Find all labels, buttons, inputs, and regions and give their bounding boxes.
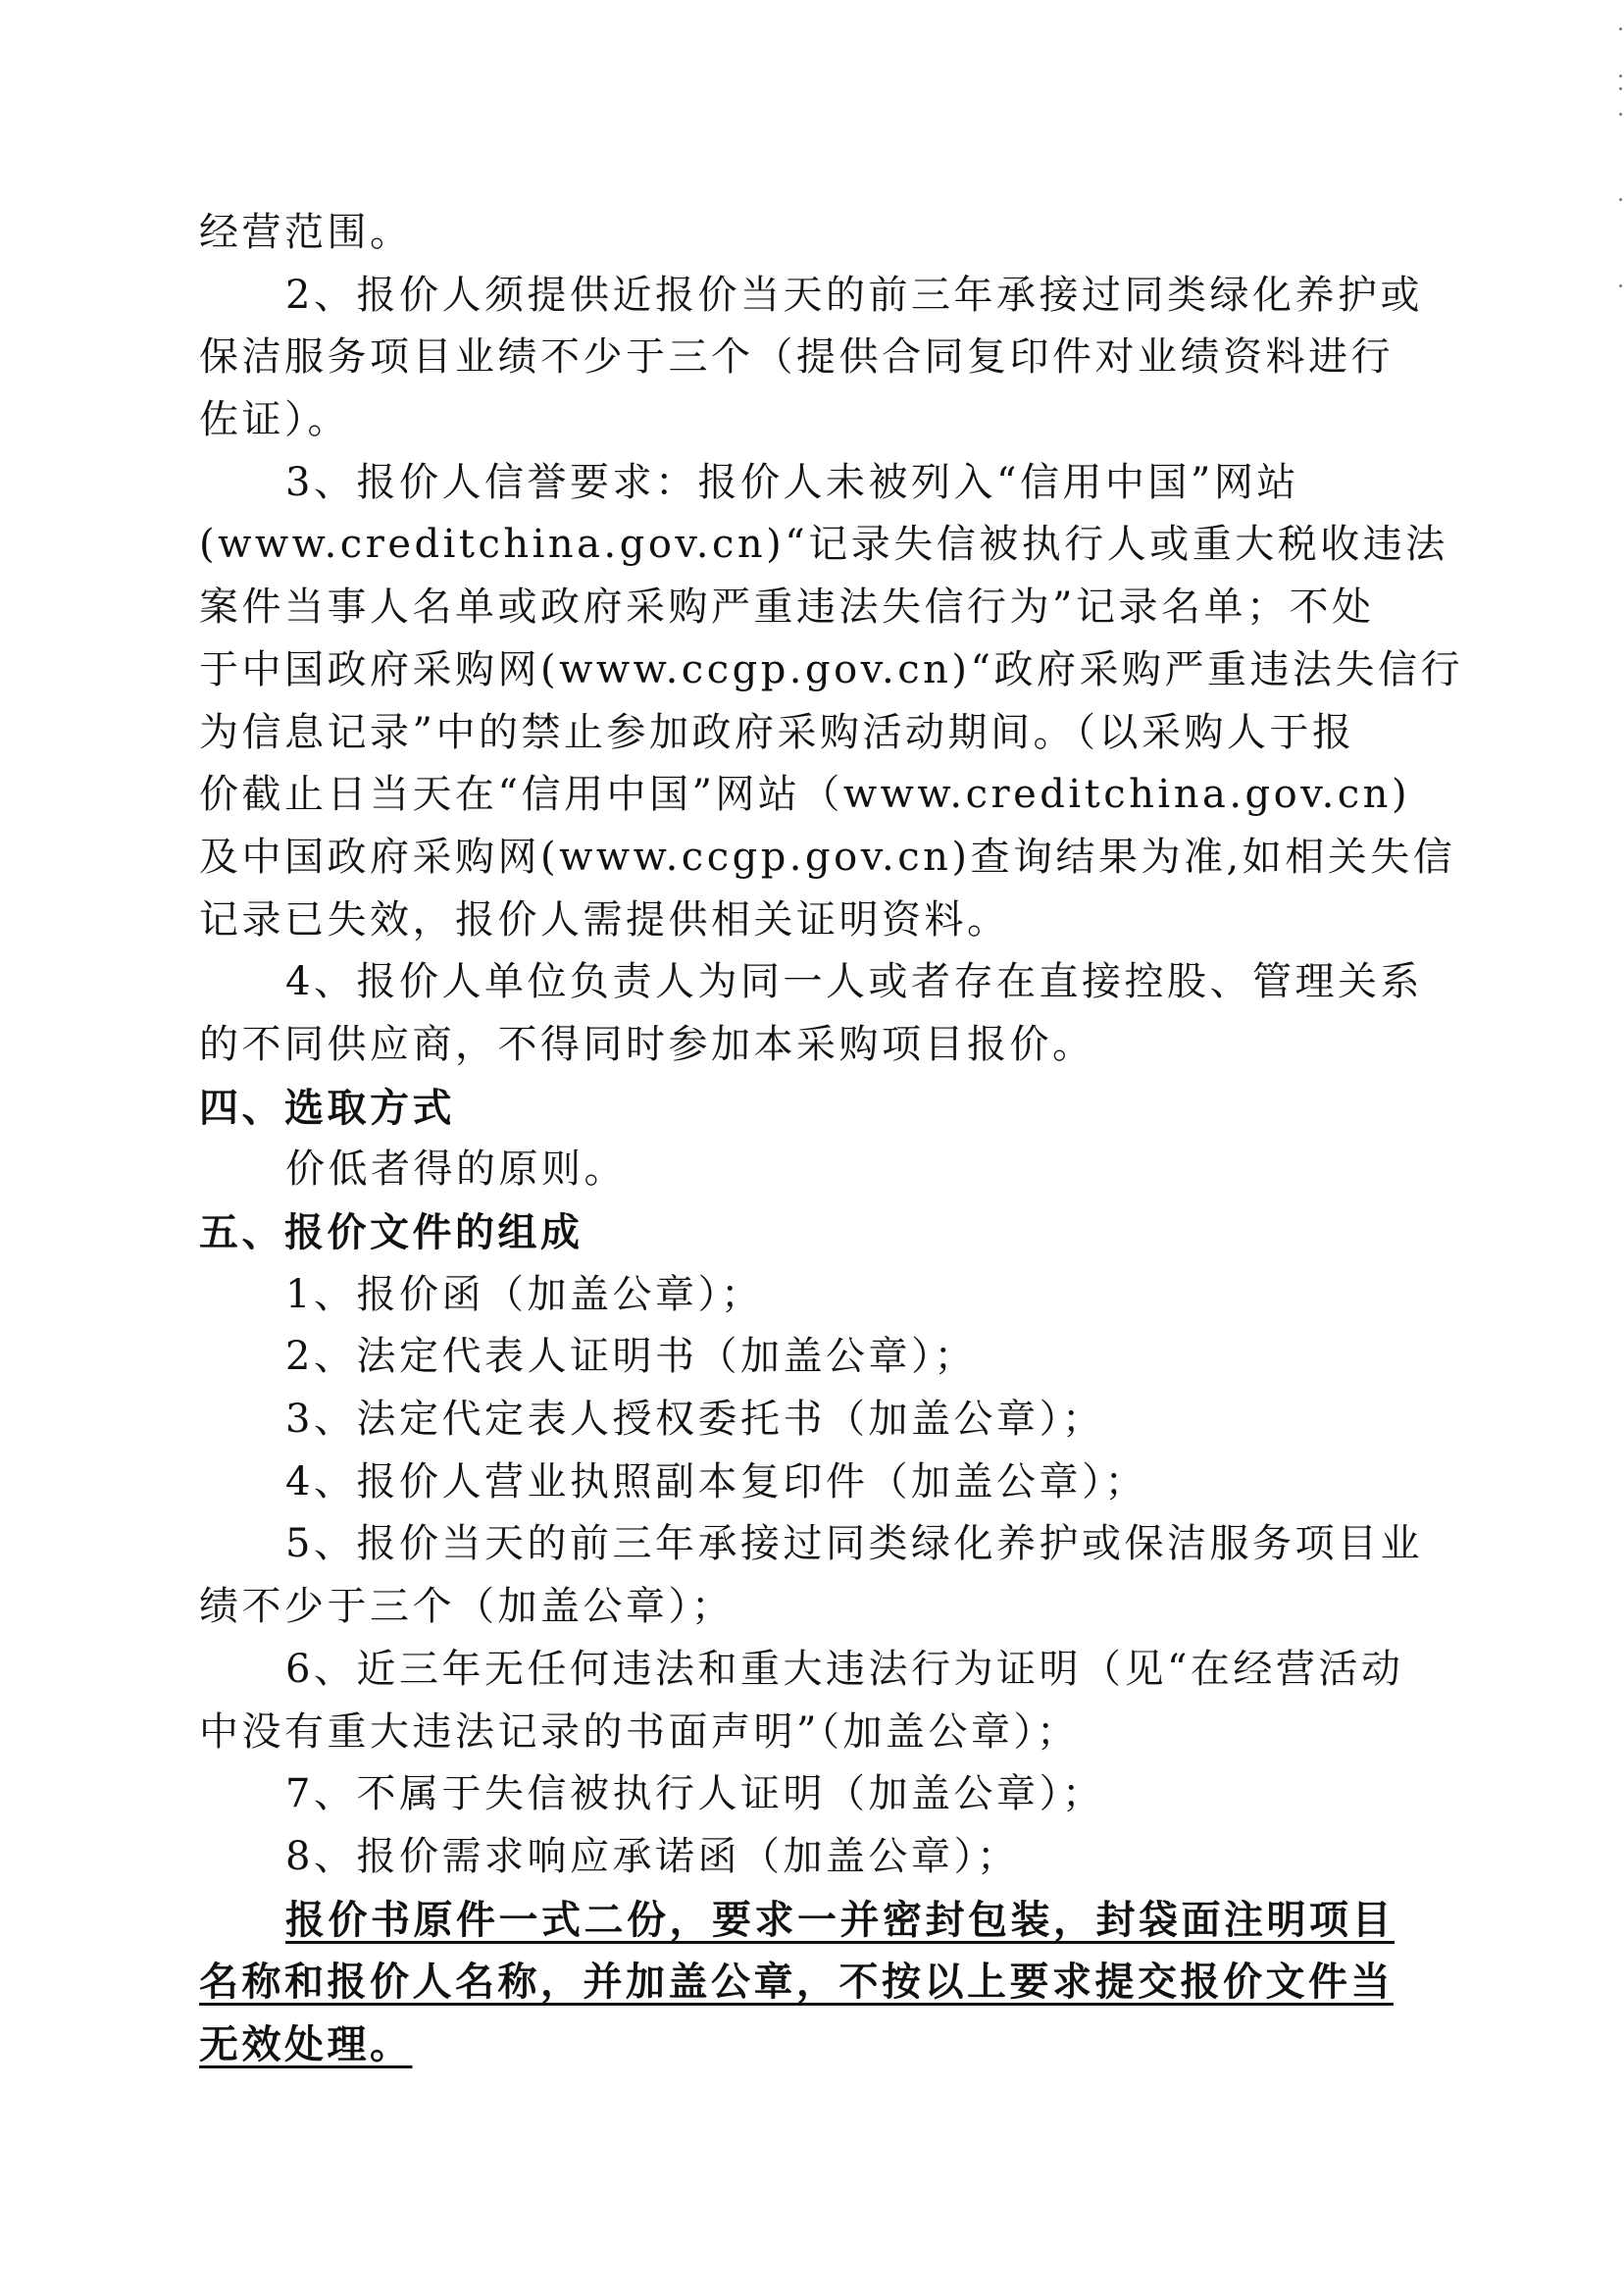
- line-text: 5、报价当天的前三年承接过同类绿化养护或保洁服务项目业: [285, 1521, 1423, 1566]
- text-line-7: 案件当事人名单或政府采购严重违法失信行为”记录名单；不处: [199, 577, 1415, 639]
- line-text: 4、报价人单位负责人为同一人或者存在直接控股、管理关系: [285, 959, 1423, 1004]
- line-text: 经营范围。: [199, 210, 413, 255]
- line-text: 8、报价需求响应承诺函（加盖公章）；: [285, 1834, 1019, 1879]
- notice-line-2: 名称和报价人名称，并加盖公章，不按以上要求提交报价文件当: [199, 1951, 1415, 2013]
- line-text: 3、法定代定表人授权委托书（加盖公章）；: [285, 1397, 1104, 1442]
- list-item-6-cont: 中没有重大违法记录的书面声明”（加盖公章）；: [199, 1702, 1415, 1764]
- line-text: 案件当事人名单或政府采购严重违法失信行为”记录名单；不处: [199, 585, 1374, 630]
- text-line-3: 保洁服务项目业绩不少于三个（提供合同复印件对业绩资料进行: [199, 327, 1415, 389]
- notice-text: 报价书原件一式二份，要求一并密封包装，封袋面注明项目: [285, 1897, 1395, 1943]
- line-text: 2、报价人须提供近报价当天的前三年承接过同类绿化养护或: [285, 273, 1423, 318]
- text-line-9: 为信息记录”中的禁止参加政府采购活动期间。（以采购人于报: [199, 702, 1415, 765]
- notice-text: 无效处理。: [199, 2021, 413, 2067]
- text-line-16: 价低者得的原则。: [199, 1139, 1415, 1201]
- line-text: 2、法定代表人证明书（加盖公章）；: [285, 1334, 977, 1379]
- scan-speck: [1619, 75, 1622, 77]
- text-line-13: 4、报价人单位负责人为同一人或者存在直接控股、管理关系: [199, 951, 1415, 1014]
- scan-speck: [1619, 284, 1622, 287]
- list-item-5-cont: 绩不少于三个（加盖公章）；: [199, 1576, 1415, 1639]
- list-item-6: 6、近三年无任何违法和重大违法行为证明（见“在经营活动: [199, 1639, 1415, 1702]
- list-item-4: 4、报价人营业执照副本复印件（加盖公章）；: [199, 1452, 1415, 1514]
- line-text: 为信息记录”中的禁止参加政府采购活动期间。（以采购人于报: [199, 710, 1354, 755]
- text-line-4: 佐证）。: [199, 389, 1415, 452]
- scan-speck: [1619, 198, 1622, 201]
- list-item-7: 7、不属于失信被执行人证明（加盖公章）；: [199, 1763, 1415, 1826]
- heading-text: 四、选取方式: [199, 1085, 455, 1131]
- scan-speck: [1619, 113, 1622, 116]
- line-text: (www.creditchina.gov.cn)“记录失信被执行人或重大税收违法: [199, 522, 1448, 567]
- list-item-1: 1、报价函（加盖公章）；: [199, 1264, 1415, 1327]
- notice-line-3: 无效处理。: [199, 2013, 1415, 2076]
- text-line-1: 经营范围。: [199, 202, 1415, 265]
- notice-text: 名称和报价人名称，并加盖公章，不按以上要求提交报价文件当: [199, 1959, 1394, 2005]
- text-line-12: 记录已失效，报价人需提供相关证明资料。: [199, 890, 1415, 952]
- text-line-8: 于中国政府采购网(www.ccgp.gov.cn)“政府采购严重违法失信行: [199, 639, 1415, 702]
- line-text: 绩不少于三个（加盖公章）；: [199, 1584, 735, 1629]
- list-item-8: 8、报价需求响应承诺函（加盖公章）；: [199, 1826, 1415, 1889]
- line-text: 价截止日当天在“信用中国”网站（www.creditchina.gov.cn): [199, 772, 1410, 817]
- line-text: 1、报价函（加盖公章）；: [285, 1272, 763, 1317]
- line-text: 3、报价人信誉要求：报价人未被列入“信用中国”网站: [285, 460, 1299, 505]
- list-item-2: 2、法定代表人证明书（加盖公章）；: [199, 1326, 1415, 1389]
- scan-speck: [1619, 27, 1622, 30]
- text-line-14: 的不同供应商，不得同时参加本采购项目报价。: [199, 1014, 1415, 1077]
- heading-text: 五、报价文件的组成: [199, 1209, 584, 1255]
- line-text: 记录已失效，报价人需提供相关证明资料。: [199, 897, 1010, 943]
- line-text: 于中国政府采购网(www.ccgp.gov.cn)“政府采购严重违法失信行: [199, 647, 1463, 692]
- text-line-11: 及中国政府采购网(www.ccgp.gov.cn)查询结果为准,如相关失信: [199, 827, 1415, 890]
- line-text: 保洁服务项目业绩不少于三个（提供合同复印件对业绩资料进行: [199, 334, 1394, 380]
- line-text: 的不同供应商，不得同时参加本采购项目报价。: [199, 1022, 1095, 1067]
- line-text: 6、近三年无任何违法和重大违法行为证明（见“在经营活动: [285, 1647, 1403, 1692]
- notice-line-1: 报价书原件一式二份，要求一并密封包装，封袋面注明项目: [199, 1889, 1415, 1952]
- list-item-3: 3、法定代定表人授权委托书（加盖公章）；: [199, 1389, 1415, 1452]
- line-text: 佐证）。: [199, 397, 350, 442]
- document-page: 经营范围。 2、报价人须提供近报价当天的前三年承接过同类绿化养护或 保洁服务项目…: [199, 202, 1415, 2076]
- text-line-10: 价截止日当天在“信用中国”网站（www.creditchina.gov.cn): [199, 764, 1415, 827]
- line-text: 价低者得的原则。: [285, 1146, 627, 1192]
- line-text: 及中国政府采购网(www.ccgp.gov.cn)查询结果为准,如相关失信: [199, 835, 1455, 880]
- line-text: 4、报价人营业执照副本复印件（加盖公章）；: [285, 1459, 1147, 1504]
- section-heading-selection-method: 四、选取方式: [199, 1077, 1415, 1140]
- text-line-6: (www.creditchina.gov.cn)“记录失信被执行人或重大税收违法: [199, 514, 1415, 577]
- line-text: 7、不属于失信被执行人证明（加盖公章）；: [285, 1771, 1104, 1816]
- section-heading-quote-documents: 五、报价文件的组成: [199, 1201, 1415, 1264]
- text-line-2: 2、报价人须提供近报价当天的前三年承接过同类绿化养护或: [199, 265, 1415, 328]
- scan-speck: [1619, 87, 1622, 90]
- list-item-5: 5、报价当天的前三年承接过同类绿化养护或保洁服务项目业: [199, 1513, 1415, 1576]
- line-text: 中没有重大违法记录的书面声明”（加盖公章）；: [199, 1709, 1079, 1755]
- text-line-5: 3、报价人信誉要求：报价人未被列入“信用中国”网站: [199, 452, 1415, 515]
